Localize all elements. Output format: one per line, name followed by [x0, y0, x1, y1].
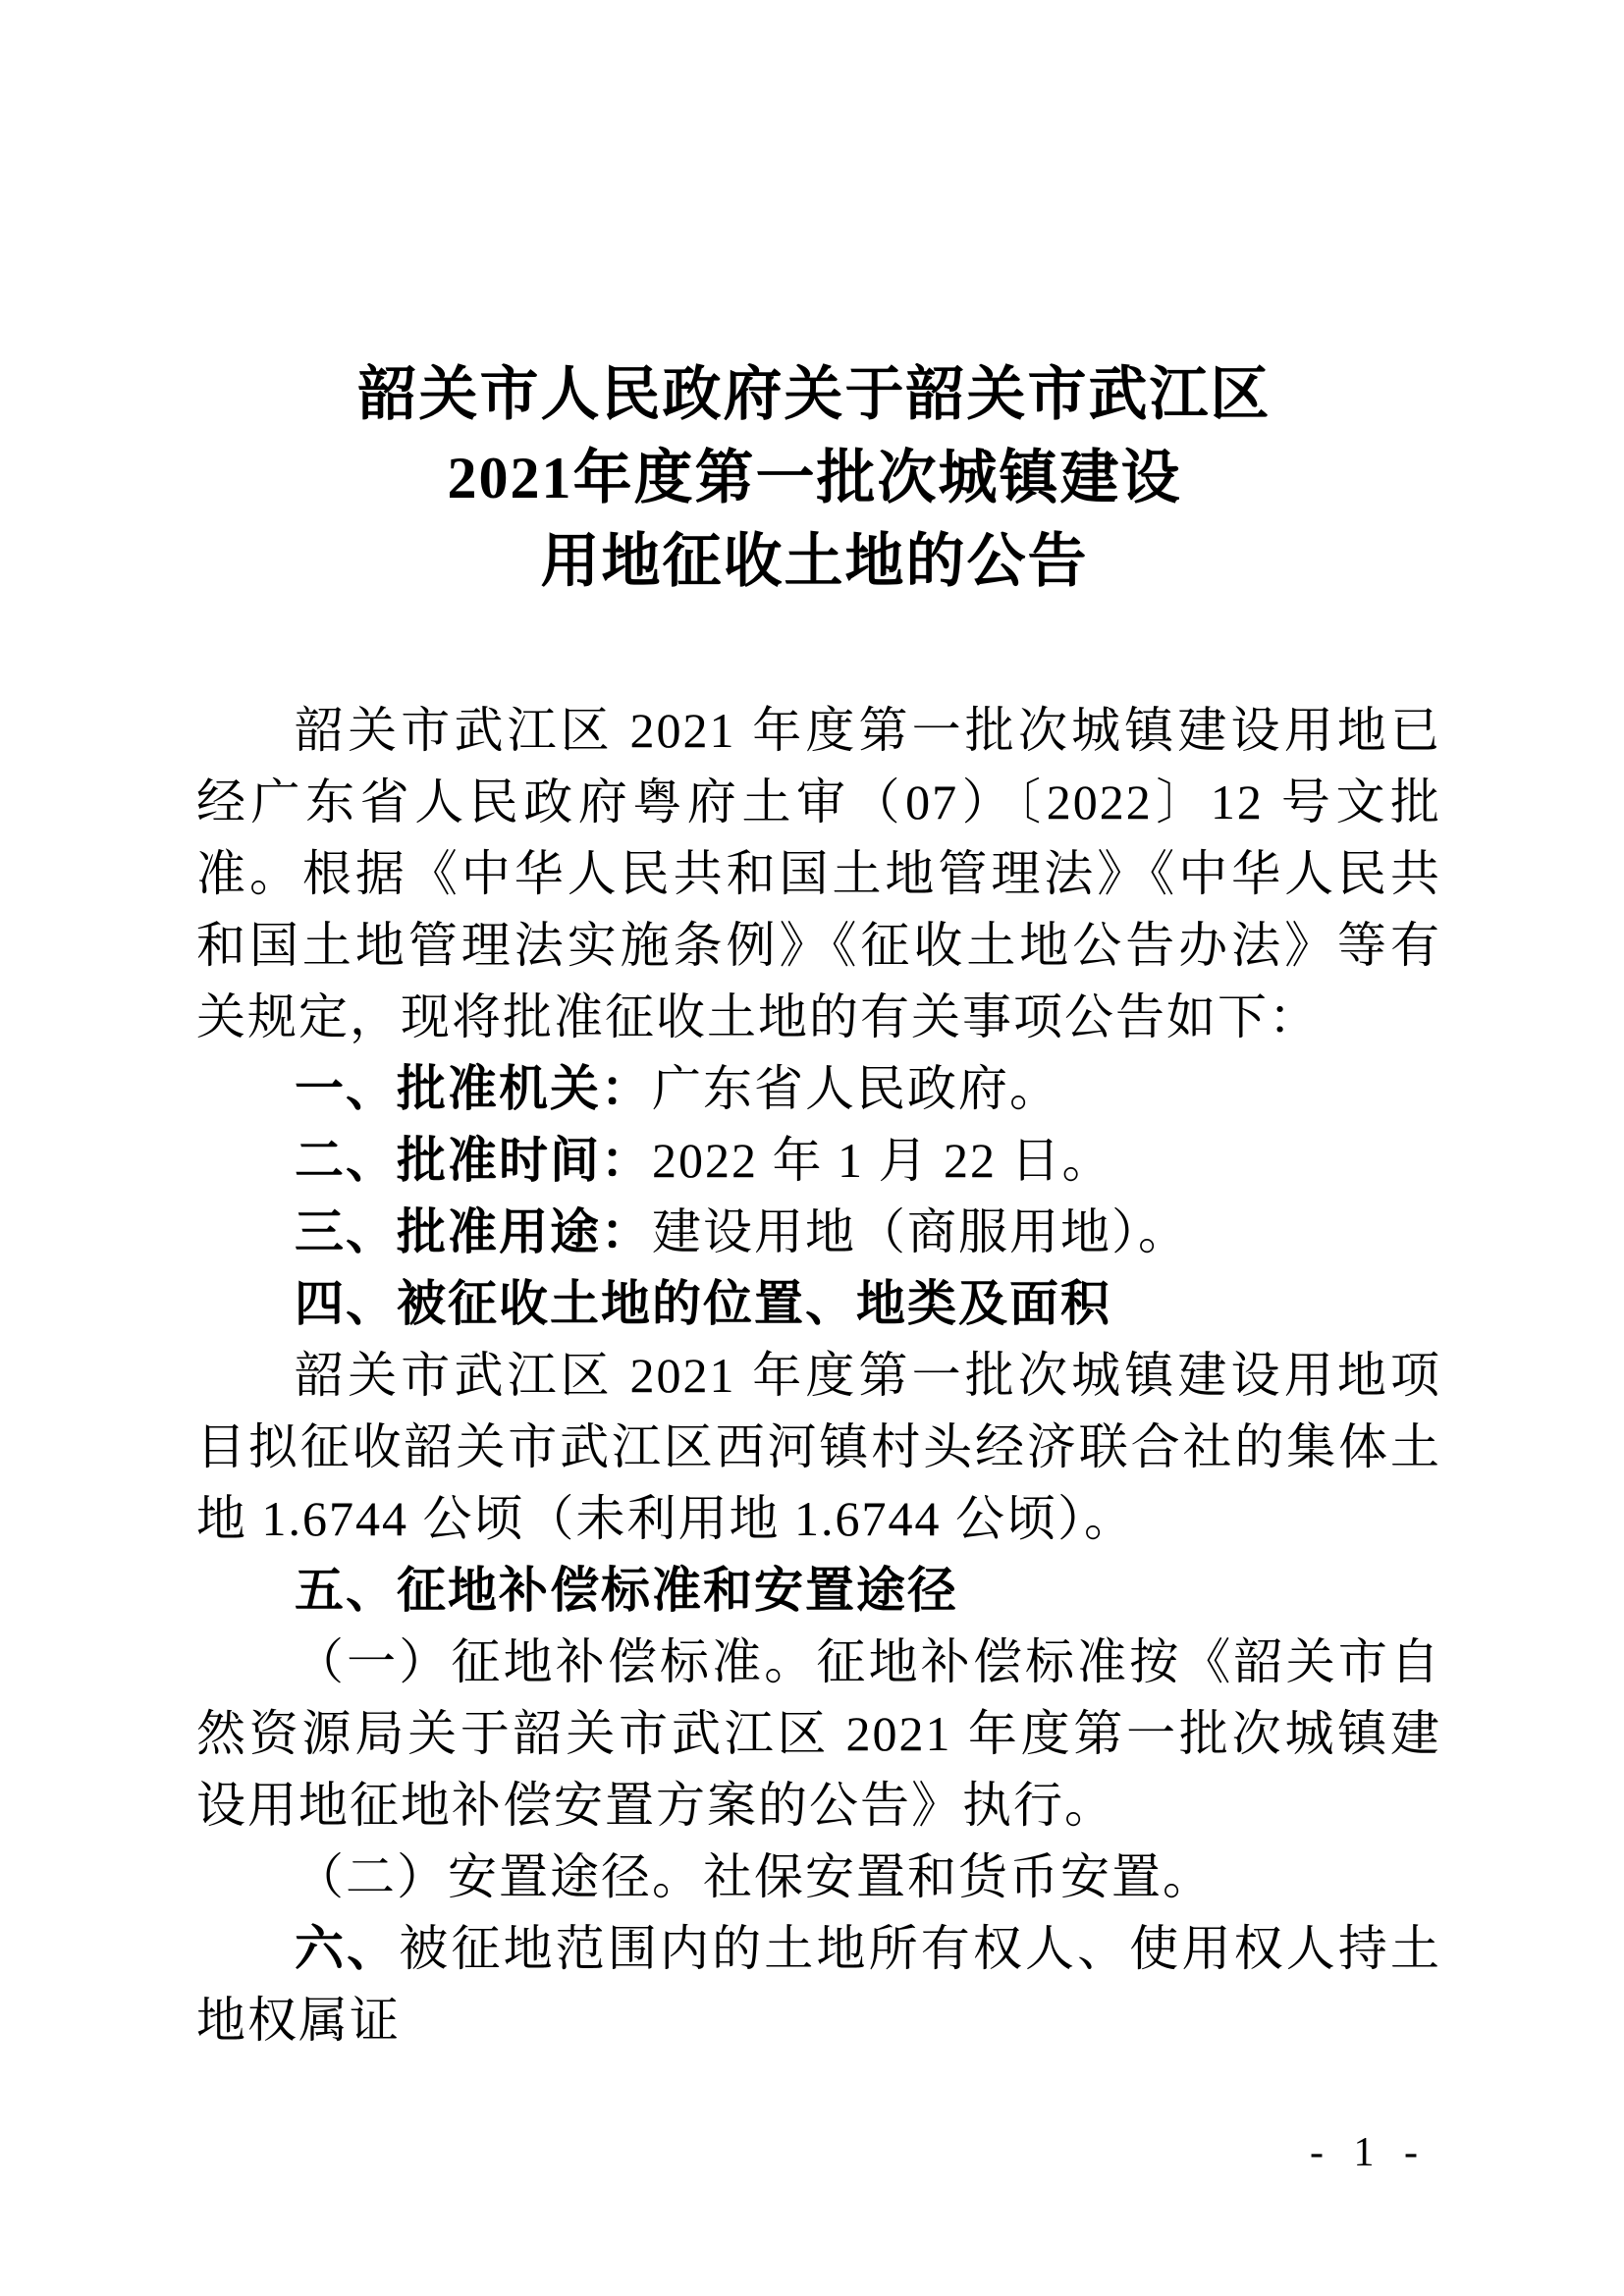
- heading-section-5: 五、征地补偿标准和安置途径: [196, 1555, 1441, 1627]
- document-page: 韶关市人民政府关于韶关市武江区 2021年度第一批次城镇建设 用地征收土地的公告…: [0, 0, 1624, 2296]
- paragraph-compensation-standard: （一）征地补偿标准。征地补偿标准按《韶关市自然资源局关于韶关市武江区 2021 …: [196, 1627, 1441, 1842]
- text-run: 2022 年 1 月 22 日。: [652, 1133, 1113, 1188]
- bold-run: 四、被征收土地的位置、地类及面积: [295, 1276, 1111, 1331]
- title-line-3: 用地征收土地的公告: [196, 520, 1433, 604]
- text-run: 建设用地（商服用地）。: [652, 1204, 1189, 1259]
- paragraph-land-location-area: 韶关市武江区 2021 年度第一批次城镇建设用地项目拟征收韶关市武江区西河镇村头…: [196, 1340, 1441, 1555]
- item-approval-date: 二、批准时间：2022 年 1 月 22 日。: [196, 1125, 1441, 1197]
- paragraph-resettlement-way: （二）安置途径。社保安置和货币安置。: [196, 1842, 1441, 1913]
- item-approval-authority: 一、批准机关：广东省人民政府。: [196, 1053, 1441, 1125]
- text-run: 广东省人民政府。: [652, 1061, 1060, 1116]
- heading-section-4: 四、被征收土地的位置、地类及面积: [196, 1268, 1441, 1340]
- text-run: 韶关市武江区 2021 年度第一批次城镇建设用地项目拟征收韶关市武江区西河镇村头…: [196, 1348, 1441, 1546]
- intro-paragraph: 韶关市武江区 2021 年度第一批次城镇建设用地已经广东省人民政府粤府土审（07…: [196, 695, 1441, 1053]
- text-run: 韶关市武江区 2021 年度第一批次城镇建设用地已经广东省人民政府粤府土审（07…: [196, 703, 1441, 1044]
- bold-run: 二、批准时间：: [295, 1133, 652, 1188]
- page-number: - 1 -: [1310, 2129, 1428, 2176]
- bold-run: 三、批准用途：: [295, 1204, 652, 1259]
- document-title: 韶关市人民政府关于韶关市武江区 2021年度第一批次城镇建设 用地征收土地的公告: [196, 353, 1433, 604]
- bold-run: 五、征地补偿标准和安置途径: [295, 1563, 958, 1618]
- paragraph-section-6: 六、被征地范围内的土地所有权人、使用权人持土地权属证: [196, 1913, 1441, 2056]
- text-run: （一）征地补偿标准。征地补偿标准按《韶关市自然资源局关于韶关市武江区 2021 …: [196, 1634, 1441, 1833]
- document-body: 韶关市武江区 2021 年度第一批次城镇建设用地已经广东省人民政府粤府土审（07…: [196, 695, 1441, 2056]
- bold-run: 六、: [295, 1921, 399, 1976]
- item-approval-use: 三、批准用途：建设用地（商服用地）。: [196, 1197, 1441, 1268]
- text-run: （二）安置途径。社保安置和货币安置。: [295, 1849, 1214, 1904]
- title-line-1: 韶关市人民政府关于韶关市武江区: [196, 353, 1433, 437]
- bold-run: 一、批准机关：: [295, 1061, 652, 1116]
- title-line-2: 2021年度第一批次城镇建设: [196, 437, 1433, 520]
